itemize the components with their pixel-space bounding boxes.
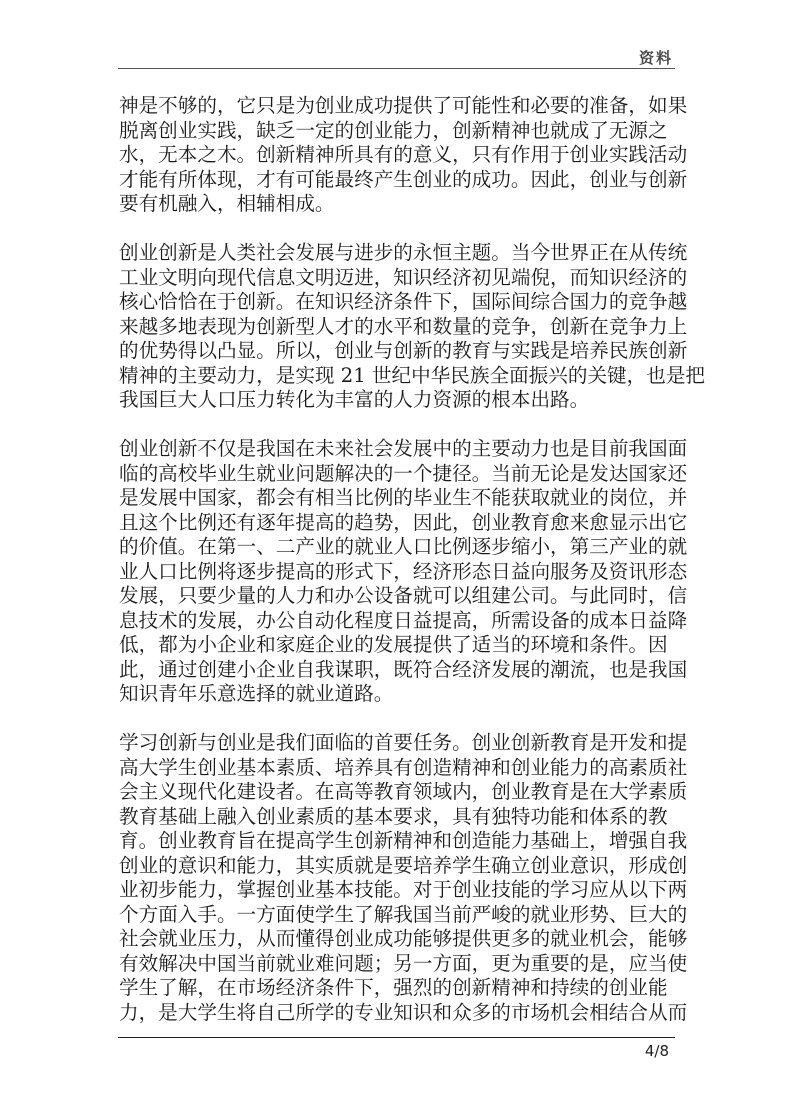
text-line: 临的高校毕业生就业问题解决的一个捷径。当前无论是发达国家还 [119,462,679,487]
text-line: 且这个比例还有逐年提高的趋势，因此，创业教育愈来愈显示出它 [119,511,679,536]
text-line: 核心恰恰在于创新。在知识经济条件下，国际间综合国力的竞争越 [119,290,679,315]
document-body: 神是不够的，它只是为创业成功提供了可能性和必要的准备，如果 脱离创业实践，缺乏一… [119,94,679,1050]
page-footer: 4/8 [118,1037,675,1038]
text-line: 业初步能力，掌握创业基本技能。对于创业技能的学习应从以下两 [119,878,679,903]
text-line: 社会就业压力，从而懂得创业成功能够提供更多的就业机会，能够 [119,927,679,952]
text-line: 要有机融入，相辅相成。 [119,192,679,217]
text-line: 神是不够的，它只是为创业成功提供了可能性和必要的准备，如果 [119,94,679,119]
text-line: 教育基础上融入创业素质的基本要求，具有独特功能和体系的教 [119,805,679,830]
text-line: 来越多地表现为创新型人才的水平和数量的竞争，创新在竞争力上 [119,315,679,340]
text-line: 个方面入手。一方面使学生了解我国当前严峻的就业形势、巨大的 [119,903,679,928]
text-line: 有效解决中国当前就业难问题；另一方面，更为重要的是，应当使 [119,952,679,977]
text-line: 业人口比例将逐步提高的形式下，经济形态日益向服务及资讯形态 [119,560,679,585]
paragraph-3: 创业创新不仅是我国在未来社会发展中的主要动力也是目前我国面 临的高校毕业生就业问… [119,437,679,707]
text-line: 脱离创业实践，缺乏一定的创业能力，创新精神也就成了无源之 [119,119,679,144]
text-line: 是发展中国家，都会有相当比例的毕业生不能获取就业的岗位，并 [119,486,679,511]
text-line: 发展，只要少量的人力和办公设备就可以组建公司。与此同时，信 [119,584,679,609]
text-line: 才能有所体现，才有可能最终产生创业的成功。因此，创业与创新 [119,168,679,193]
text-line: 创业创新不仅是我国在未来社会发展中的主要动力也是目前我国面 [119,437,679,462]
text-line: 精神的主要动力，是实现 21 世纪中华民族全面振兴的关键，也是把 [119,364,679,389]
text-line: 学习创新与创业是我们面临的首要任务。创业创新教育是开发和提 [119,731,679,756]
text-line: 此，通过创建小企业自我谋职，既符合经济发展的潮流，也是我国 [119,658,679,683]
text-line: 创业的意识和能力，其实质就是要培养学生确立创业意识，形成创 [119,854,679,879]
text-line: 育。创业教育旨在提高学生创新精神和创造能力基础上，增强自我 [119,829,679,854]
page-header: 资料 [118,44,675,69]
text-line: 知识青年乐意选择的就业道路。 [119,682,679,707]
paragraph-2: 创业创新是人类社会发展与进步的永恒主题。当今世界正在从传统 工业文明向现代信息文… [119,241,679,413]
text-line: 高大学生创业基本素质、培养具有创造精神和创业能力的高素质社 [119,756,679,781]
text-line: 学生了解，在市场经济条件下，强烈的创新精神和持续的创业能 [119,976,679,1001]
text-line: 水，无本之木。创新精神所具有的意义，只有作用于创业实践活动 [119,143,679,168]
paragraph-1: 神是不够的，它只是为创业成功提供了可能性和必要的准备，如果 脱离创业实践，缺乏一… [119,94,679,217]
header-label: 资料 [639,47,673,68]
page-number: 4/8 [645,1042,669,1060]
text-line: 低，都为小企业和家庭企业的发展提供了适当的环境和条件。因 [119,633,679,658]
text-line: 会主义现代化建设者。在高等教育领域内，创业教育是在大学素质 [119,780,679,805]
text-line: 工业文明向现代信息文明迈进，知识经济初见端倪，而知识经济的 [119,266,679,291]
text-line: 我国巨大人口压力转化为丰富的人力资源的根本出路。 [119,388,679,413]
text-line: 创业创新是人类社会发展与进步的永恒主题。当今世界正在从传统 [119,241,679,266]
text-line: 的优势得以凸显。所以，创业与创新的教育与实践是培养民族创新 [119,339,679,364]
paragraph-4: 学习创新与创业是我们面临的首要任务。创业创新教育是开发和提 高大学生创业基本素质… [119,731,679,1025]
text-line: 息技术的发展，办公自动化程度日益提高，所需设备的成本日益降 [119,609,679,634]
text-line: 的价值。在第一、二产业的就业人口比例逐步缩小，第三产业的就 [119,535,679,560]
text-line: 力，是大学生将自己所学的专业知识和众多的市场机会相结合从而 [119,1001,679,1026]
